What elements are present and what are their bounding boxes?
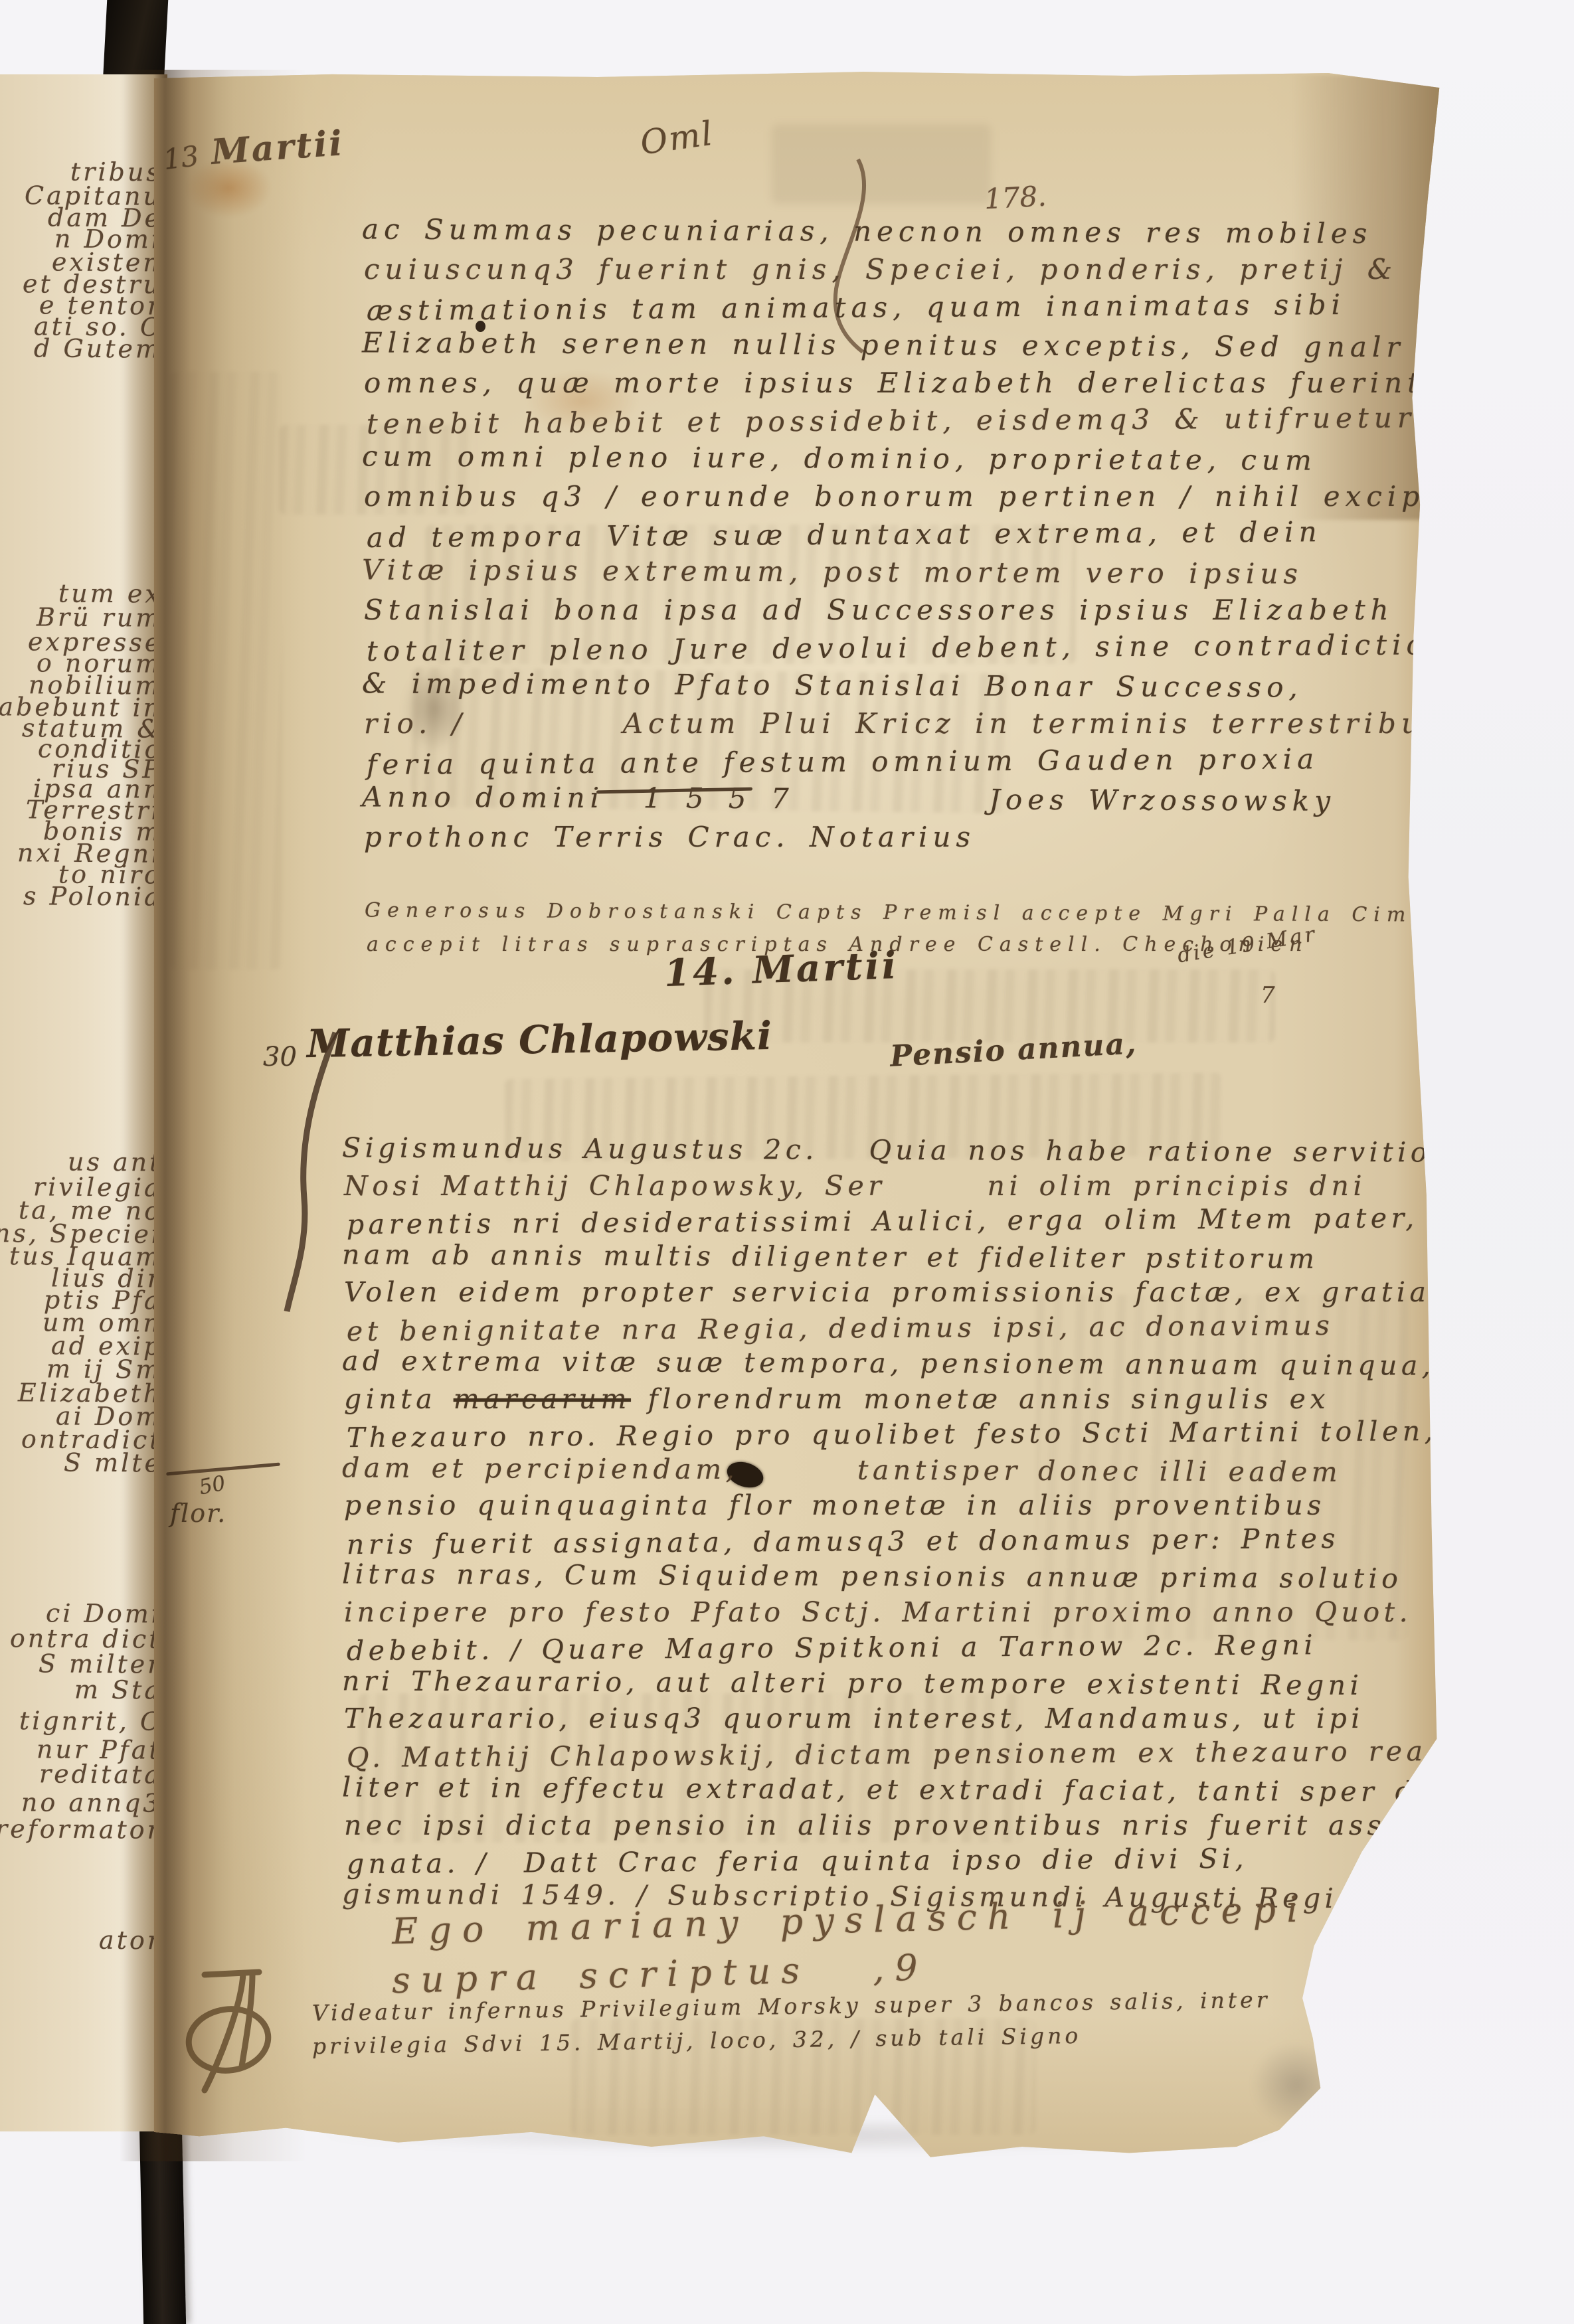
margin-amount-value: 50 bbox=[197, 1473, 227, 1499]
manuscript-line: dam et percipiendam, tantisper donec ill… bbox=[342, 1454, 1444, 1495]
manuscript-line: ac Summas pecuniarias, necnon omnes res … bbox=[362, 215, 1451, 258]
manuscript-page: 13 Martii Oml 178. ac Summas pecuniarias… bbox=[154, 70, 1446, 2161]
manuscript-line: cuiuscunq3 fuerint gnis, Speciei, ponder… bbox=[364, 256, 1453, 293]
manuscript-line: & impedimento Pfato Stanislai Bonar Succ… bbox=[362, 669, 1451, 712]
previous-page-text-fragment: tignrit, C bbox=[19, 1708, 162, 1734]
previous-page-text-fragment: S milter bbox=[38, 1651, 162, 1677]
manuscript-line: omnes, quæ morte ipsius Elizabeth dereli… bbox=[364, 369, 1453, 407]
registrar-note-digit: 7 bbox=[1261, 984, 1275, 1007]
previous-page-text-fragment: ator bbox=[99, 1928, 162, 1953]
line-text: ginta bbox=[344, 1383, 454, 1415]
section-date-heading: 14. Martii bbox=[663, 947, 899, 992]
margin-amount-unit: flor. bbox=[170, 1501, 226, 1526]
folio-number: 178. bbox=[984, 183, 1047, 214]
manuscript-line: Vitæ ipsius extremum, post mortem vero i… bbox=[362, 556, 1451, 598]
notary-monogram-sign bbox=[178, 1965, 284, 2098]
previous-page-text-fragment: m Sta bbox=[74, 1677, 162, 1703]
manuscript-line: litras nras, Cum Siquidem pensionis annu… bbox=[342, 1560, 1444, 1601]
previous-page-text-fragment: reditata bbox=[39, 1761, 162, 1787]
previous-page-text-fragment: ontra dict bbox=[10, 1625, 162, 1652]
manuscript-line: Anno domini 1 5 5 7 Joes Wrzossowsky bbox=[362, 783, 1451, 825]
manuscript-line: cum omni pleno iure, dominio, proprietat… bbox=[362, 442, 1451, 485]
bleedthrough-text bbox=[169, 372, 282, 969]
manuscript-line: Elizabeth serenen nullis penitus excepti… bbox=[362, 329, 1451, 371]
previous-page-text-fragment: us ant bbox=[67, 1149, 162, 1175]
postscript-block: Videatur infernus Privilegium Morsky sup… bbox=[312, 1995, 1270, 2062]
manuscript-line: prothonc Terris Crac. Notarius bbox=[364, 823, 1453, 861]
header-month: Martii bbox=[210, 126, 345, 170]
manuscript-line: nri Thezaurario, aut alteri pro tempore … bbox=[342, 1667, 1444, 1708]
manuscript-line: Stanislai bona ipsa ad Successores ipsiu… bbox=[364, 596, 1453, 634]
bookmark-ribbon-bottom bbox=[139, 2125, 186, 2324]
previous-page-text-fragment: ci Domi bbox=[46, 1600, 162, 1626]
previous-page-text-fragment: reformator bbox=[0, 1816, 162, 1843]
header-day: 13 bbox=[162, 142, 201, 174]
manuscript-line: Sigismundus Augustus 2c. Quia nos habe r… bbox=[342, 1134, 1444, 1175]
manuscript-line: ad extrema vitæ suæ tempora, pensionem a… bbox=[342, 1347, 1444, 1388]
previous-page-text-fragment: s Polonia bbox=[23, 883, 162, 909]
manuscript-line: nec ipsi dicta pensio in aliis proventib… bbox=[344, 1812, 1446, 1848]
manuscript-line: nam ab annis multis diligenter et fideli… bbox=[342, 1241, 1444, 1282]
struck-word: marcarum bbox=[454, 1383, 631, 1415]
bookmark-ribbon-top bbox=[103, 0, 168, 82]
header-scribble: Oml bbox=[638, 117, 715, 160]
previous-page-text-fragment: d Gutem bbox=[34, 335, 162, 361]
manuscript-line: liter et in effectu extradat, et extradi… bbox=[342, 1774, 1444, 1814]
entry-text-block: ac Summas pecuniarias, necnon omnes res … bbox=[364, 218, 1453, 861]
line-text: florendrum monetæ annis singulis ex bbox=[631, 1383, 1330, 1415]
scanned-book-photo: { "header": { "day_label": "13", "month_… bbox=[0, 0, 1574, 2324]
previous-page-text-fragment: S mlte bbox=[64, 1450, 162, 1475]
previous-page-edge: tribusCapitanudam Den Domiexistenet dest… bbox=[0, 74, 167, 2131]
previous-page-text-fragment: no annq3 bbox=[21, 1789, 162, 1815]
manuscript-line: rio. / Actum Plui Kricz in terminis terr… bbox=[364, 710, 1453, 748]
entry-title: Matthias Chlapowski bbox=[307, 1017, 773, 1063]
manuscript-line: omnibus q3 / eorunde bonorum pertinen / … bbox=[364, 483, 1453, 521]
entry-text-block: Sigismundus Augustus 2c. Quia nos habe r… bbox=[344, 1137, 1446, 1918]
